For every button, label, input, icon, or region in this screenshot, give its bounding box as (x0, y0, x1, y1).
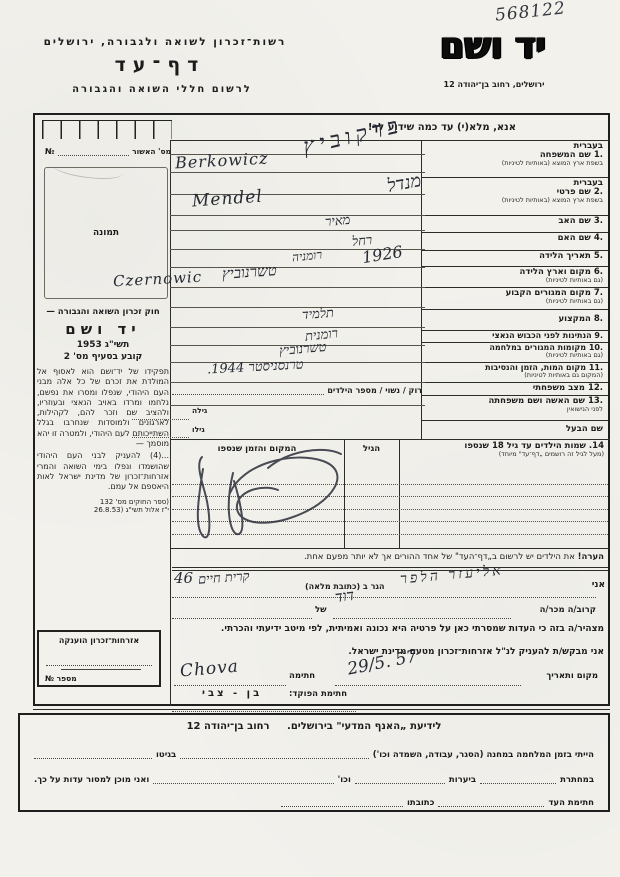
signature-label: חתימה (289, 671, 315, 681)
photo-label: תמונה (93, 228, 119, 238)
forests-label: ביערות (449, 775, 476, 785)
children-table-subtitle: (מעל לגיל זה רושמים „דף־עד" מיוחד) (402, 451, 604, 458)
law-source-2: י"ז אלול תשי"ג (26.8.53 (37, 506, 169, 514)
scientific-branch-box: לידיעת „האנף המדעי" בירושלים. רחוב בן־יה… (18, 713, 610, 812)
her-age-label: גילה (192, 406, 207, 415)
field-10-sub: (גם באותיות לטיניות) (424, 352, 603, 359)
field-2-sub: בשפת ארץ המוצא (באותיות לטיניות) (424, 197, 603, 204)
his-age-blank (132, 437, 189, 438)
field-12-number: 12. (588, 383, 603, 393)
field-3-number: 3. (594, 216, 603, 226)
witness-signature-blank (438, 795, 544, 807)
clerk-signature-blank (172, 700, 356, 712)
underground-label: במחתרת (560, 775, 594, 785)
forests-blank (355, 772, 445, 784)
note-line: הערה! את הילדים יש לרשום ב„דף־העד" של אח… (162, 552, 604, 562)
memorial-citizenship-box: אזרחות־זכרון הוענקה מספר № (37, 630, 161, 687)
memorial-box-line (61, 669, 141, 670)
memorial-box-title: אזרחות־זכרון הוענקה (39, 636, 159, 645)
ghetto-blank (34, 747, 152, 759)
etc-blank (153, 772, 333, 784)
hw-surname-latin: Berkowicz (175, 149, 269, 173)
husband-label: שם הבעל (454, 425, 603, 434)
children-table-bottom (170, 548, 610, 549)
bottom-box-title-address: רחוב בן־יהודה 12 (187, 721, 270, 732)
field-1-sub: בשפת ארץ המוצא (באותיות לטיניות) (424, 160, 603, 167)
hw-birth-country: רומניה (291, 247, 323, 265)
memorial-box-blank (46, 654, 152, 666)
his-age-label: גילו (192, 425, 205, 434)
note-text: את הילדים יש לרשום ב„דף־העד" של אחד ההור… (304, 552, 575, 562)
etc-label: וכו' (338, 775, 351, 785)
field-row-profession: 8. המקצוע (421, 309, 608, 330)
field-row-residence: 7. מקום המגורים הקבוע (גם באותיות לטיניו… (421, 287, 608, 309)
approval-number-label: מס' האשור (132, 147, 171, 156)
field-9-label: הנתינות לפני הכבוש הנאצי (492, 331, 591, 340)
memorial-box-number: מספר № (45, 674, 77, 683)
witness-address-blank (281, 795, 403, 807)
clerk-name: בן - צבי (202, 688, 262, 699)
declarant-blank (172, 586, 596, 598)
children-table-header: 14. שמות הילדים עד גיל 18 שנספו (מעל לגי… (402, 442, 604, 458)
field-row-wife-name: 13. שם האשה ושם משפחתה לפני הנישואין (421, 395, 608, 420)
note-label: הערה! (578, 552, 604, 562)
marital-blank (172, 383, 324, 395)
hw-relation: דוד (334, 586, 356, 608)
place-date-label: מקום ותאריך (546, 671, 598, 681)
ready-to-testify-label: ואני מוכן למסור עדות על כך. (34, 775, 149, 785)
bottom-box-title: לידיעת „האנף המדעי" בירושלים. רחוב בן־יה… (20, 721, 608, 732)
logo-address: ירושלים, רחוב בן־יהודה 12 (430, 80, 558, 89)
hw-birth-city: טשרנוביץ (221, 261, 277, 284)
field-4-number: 4. (594, 233, 603, 243)
field-5-number: 5. (594, 251, 603, 261)
box-bottom-rule (33, 709, 610, 710)
approval-number-blank (58, 144, 130, 156)
approval-number-line: מס' האשור № (45, 144, 171, 156)
witness-address-label: כתובתו (407, 798, 434, 808)
marital-options: רוק / נשוי / מספר הילדים (327, 386, 422, 395)
memorial-numero-symbol: № (45, 674, 54, 683)
field-8-label: המקצוע (558, 314, 590, 324)
law-clause: קובע בסעיף מס' 2 (37, 352, 169, 362)
field-5-label: תאריך הלידה (539, 251, 591, 261)
field-6-sub: (גם באותיות לטיניות) (424, 277, 603, 284)
numero-symbol: № (45, 147, 55, 156)
field-row-given-name: בעברית 2. שם פרטי בשפת ארץ המוצא (באותיו… (421, 177, 608, 215)
field-row-death-place: 11. מקום המות, הזמן והנסיבות (המקום גם ב… (421, 362, 608, 382)
column-divider (170, 140, 171, 706)
law-clause4: ‏...(4) להעניק לבני העם היהודי שהושמדו ו… (37, 451, 169, 492)
law-heading: חוק זכרון השואה והגבורה — (37, 307, 169, 317)
memorial-number-label: מספר (57, 674, 77, 683)
field-row-war-residence: 10. מקומות המגורים במלחמה (גם באותיות לט… (421, 342, 608, 362)
yad-vashem-logo: יד ושם (426, 22, 560, 70)
hw-house-number: 46 (174, 569, 193, 587)
children-table-divider-2 (399, 439, 400, 548)
field-7-sub: (גם באותיות לטיניות) (424, 298, 603, 305)
marital-status-line: רוק / נשוי / מספר הילדים (172, 383, 422, 395)
ghetto-label: בגיטו (156, 750, 176, 760)
field-4-label: שם האם (558, 233, 591, 243)
serial-comb-strip (42, 120, 172, 139)
law-year: תשי"ג 1953 (37, 340, 169, 350)
field-row-birth-place: 6. מקום וארץ הלידה (גם באותיות לטיניות) (421, 266, 608, 287)
hw-witness-address: קרית חיים (198, 568, 250, 588)
declaration-statement: מצהיר/ה בזה כי העדות שמסרתי כאן על פרטיה… (164, 624, 604, 634)
main-form-box: מס' האשור № תמונה חוק זכרון השואה והגבור… (33, 113, 610, 706)
field-row-father: 3. שם האב (421, 215, 608, 232)
note-rule-1 (172, 567, 608, 568)
hw-death-place: טרנסניסטר 1944. (207, 356, 304, 377)
of-label: של (315, 605, 327, 615)
form-subtitle: לרשום חללי השואה והגבורה (52, 84, 272, 95)
handwritten-flourish (175, 445, 365, 545)
field-row-marital-status: 12. מצב משפחתי (421, 382, 608, 395)
bottom-box-title-main: לידיעת „האנף המדעי" בירושלים. (287, 721, 441, 732)
clerk-label: חתימת הפוקד: (289, 689, 347, 699)
field-row-birth-date: 5. תאריך הלידה (421, 250, 608, 266)
field-3-label: שם האב (558, 216, 591, 226)
hw-occupation: תלמיד (301, 305, 334, 323)
field-13-sub: לפני הנישואין (424, 406, 603, 413)
relative-blank-2 (172, 607, 312, 619)
field-row-husband-name: שם הבעל (421, 420, 608, 439)
field-row-family-name: בעברית 1. שם המשפחה בשפת ארץ המוצא (באות… (421, 140, 608, 177)
law-sidebar: חוק זכרון השואה והגבורה — יד ושם תשי"ג 1… (37, 307, 169, 514)
law-source-1: (ספר החוקים מס' 132 (37, 498, 169, 506)
field-12-label: מצב משפחתי (533, 383, 585, 393)
hw-given-latin: Mendel (191, 187, 263, 212)
relative-label: קרוב/ה מכר/ה (540, 605, 596, 615)
relative-blank-1 (333, 607, 511, 619)
field-row-citizenship: 9. הנתינות לפני הכבוש הנאצי (421, 330, 608, 342)
page-of-testimony-scan: 568122 רשות־זכרון לשואה ולגבורה, ירושלים… (0, 0, 620, 877)
camp-label: הייתי בזמן המלחמה במחנה (הסגר, עבודה, הש… (373, 750, 594, 760)
hw-father-name: מאיר (324, 212, 351, 230)
law-org-name: יד ושם (37, 320, 169, 338)
field-row-mother: 4. שם האם (421, 232, 608, 250)
her-age-blank (132, 419, 189, 420)
form-title: דף־עד (100, 54, 220, 76)
field-9-number: 9. (594, 331, 603, 340)
hw-given-hebrew: מנדל (385, 170, 422, 197)
field-8-number: 8. (594, 314, 603, 324)
hw-surname-hebrew: ברקוביץ (300, 112, 405, 160)
children-table-top (170, 439, 610, 440)
field-11-sub: (המקום גם באותיות לטיניות) (424, 372, 603, 379)
camp-blank (180, 747, 369, 759)
org-name-line: רשות־זכרון לשואה ולגבורה, ירושלים (20, 36, 310, 48)
underground-blank (480, 772, 556, 784)
witness-signature-label: חתימת העד (548, 798, 594, 808)
